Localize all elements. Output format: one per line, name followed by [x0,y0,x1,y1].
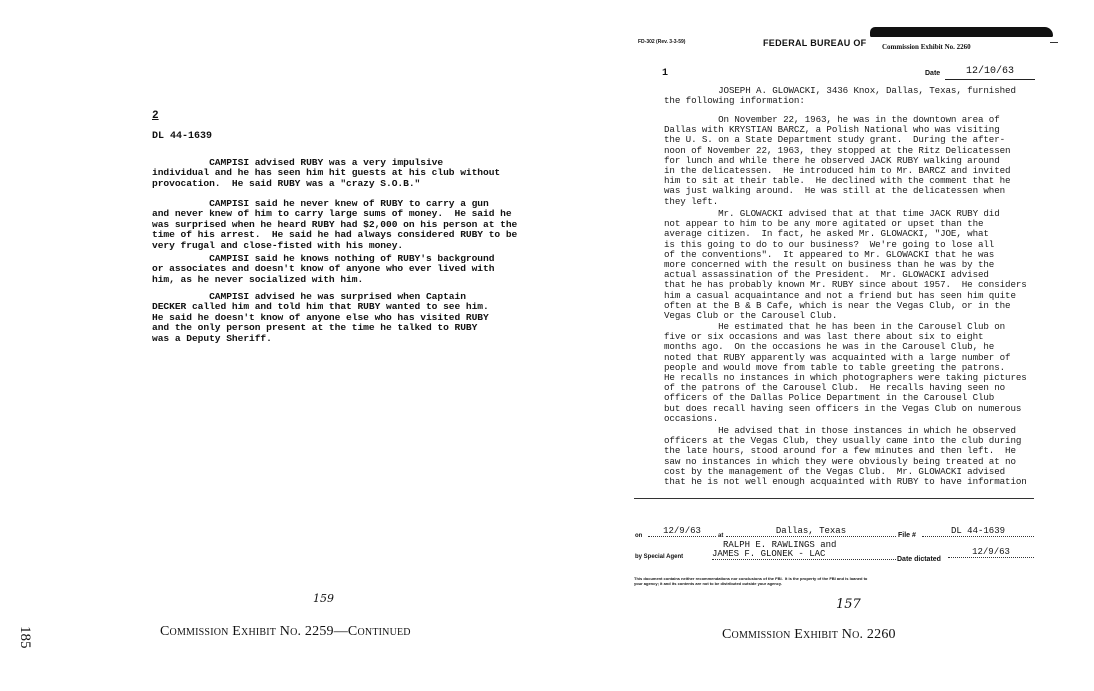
right-paragraph-4: He advised that in those instances in wh… [664,426,1027,487]
at-value: Dallas, Texas [726,526,896,537]
right-page-marker: 1 [662,68,668,79]
at-label: at [718,533,723,539]
left-page-marker: 2 [152,110,159,122]
right-paragraph-2: Mr. GLOWACKI advised that at that time J… [664,209,1027,321]
agent-label: by Special Agent [635,554,683,560]
redaction-bar [870,27,1053,37]
on-label: on [635,533,642,539]
left-paragraph-4: CAMPISI advised he was surprised when Ca… [152,292,489,344]
form-code: FD-302 (Rev. 3-3-59) [638,39,685,45]
fbi-disclaimer: This document contains neither recommend… [634,576,867,586]
file-label: File # [898,532,916,539]
on-value: 12/9/63 [648,526,716,537]
agency-header: FEDERAL BUREAU OF [763,38,866,48]
date-line [945,79,1035,80]
dictated-value: 12/9/63 [948,547,1034,558]
intro-paragraph: JOSEPH A. GLOWACKI, 3436 Knox, Dallas, T… [664,86,1016,106]
dictated-label: Date dictated [897,556,941,563]
date-value: 12/10/63 [966,66,1014,77]
left-file-number: DL 44-1639 [152,131,212,142]
right-paragraph-3: He estimated that he has been in the Car… [664,322,1027,424]
left-paragraph-2: CAMPISI said he never knew of RUBY to ca… [152,199,517,251]
exhibit-stamp: Commission Exhibit No. 2260 [882,43,971,51]
agent-line-2: JAMES F. GLONEK - LAC [712,549,896,560]
left-paragraph-3: CAMPISI said he knows nothing of RUBY's … [152,254,494,285]
file-value: DL 44-1639 [922,526,1034,537]
right-handwritten-number: 157 [836,597,861,612]
volume-page-number: 185 [16,626,33,649]
right-exhibit-caption: Commission Exhibit No. 2260 [722,627,896,643]
left-exhibit-caption: Commission Exhibit No. 2259—Continued [160,624,411,640]
date-label: Date [925,70,940,77]
header-dash [1050,42,1058,43]
left-handwritten-number: 159 [313,592,334,605]
left-paragraph-1: CAMPISI advised RUBY was a very impulsiv… [152,158,500,189]
right-paragraph-1: On November 22, 1963, he was in the down… [664,115,1010,207]
footer-rule [634,498,1034,499]
